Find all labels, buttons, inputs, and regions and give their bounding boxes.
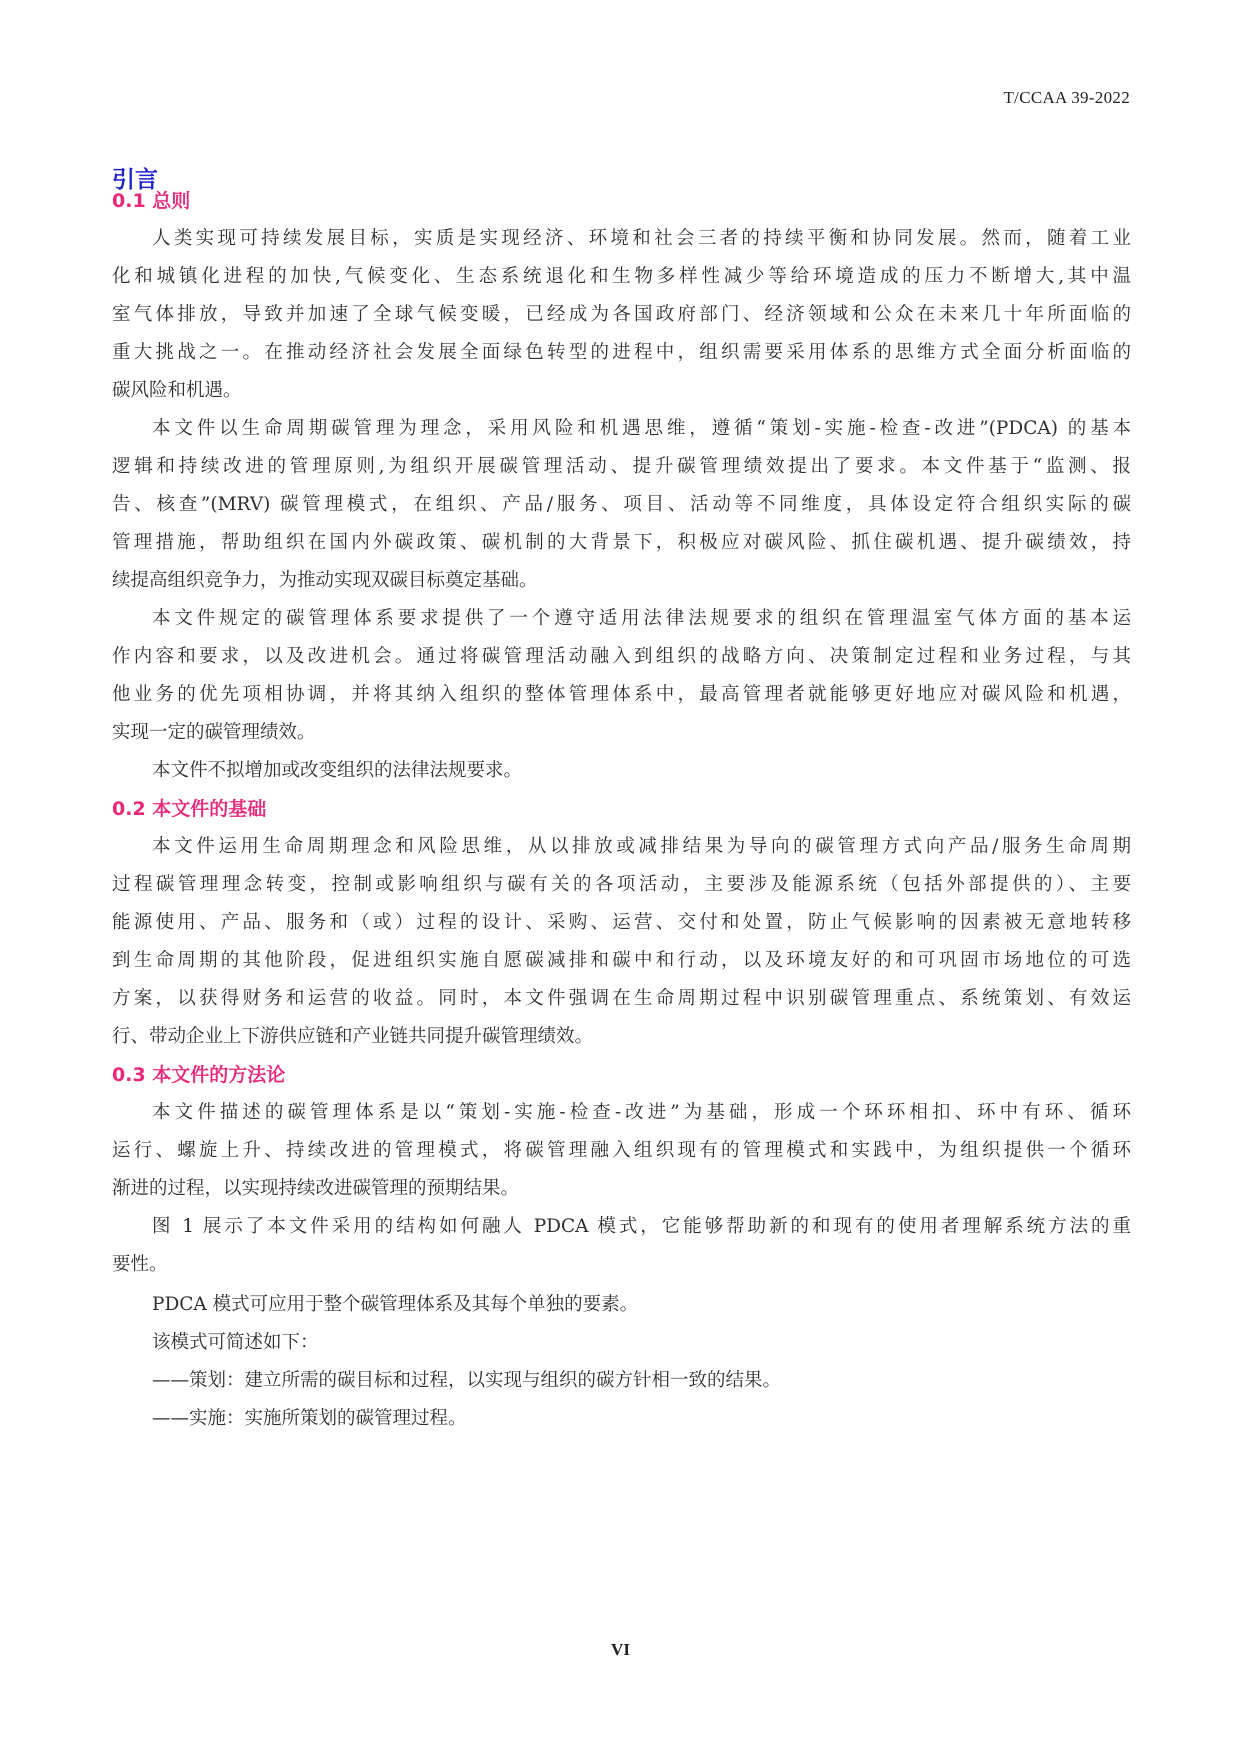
section-heading-0-1: 0.1 总则: [112, 188, 190, 214]
text-line: 作内容和要求，以及改进机会。通过将碳管理活动融入到组织的战略方向、决策制定过程和…: [112, 644, 1131, 670]
text-line: ——策划：建立所需的碳目标和过程，以实现与组织的碳方针相一致的结果。: [152, 1368, 1131, 1394]
page-number: VI: [0, 1640, 1241, 1660]
text-line: 要性。: [112, 1252, 1131, 1278]
text-line: 室气体排放，导致并加速了全球气候变暖，已经成为各国政府部门、经济领域和公众在未来…: [112, 302, 1131, 328]
section-heading-0-2: 0.2 本文件的基础: [112, 796, 266, 822]
text-line: 方案，以获得财务和运营的收益。同时，本文件强调在生命周期过程中识别碳管理重点、系…: [112, 986, 1131, 1012]
text-line: 实现一定的碳管理绩效。: [112, 720, 1131, 746]
text-line: ——实施：实施所策划的碳管理过程。: [152, 1406, 1131, 1432]
text-line: 人类实现可持续发展目标，实质是实现经济、环境和社会三者的持续平衡和协同发展。然而…: [152, 226, 1131, 252]
text-line: 到生命周期的其他阶段，促进组织实施自愿碳减排和碳中和行动，以及环境友好的和可巩固…: [112, 948, 1131, 974]
text-line: 本文件不拟增加或改变组织的法律法规要求。: [152, 758, 1131, 784]
document-page: T/CCAA 39-2022 引言 0.1 总则 人类实现可持续发展目标，实质是…: [0, 0, 1241, 1755]
text-line: 本文件规定的碳管理体系要求提供了一个遵守适用法律法规要求的组织在管理温室气体方面…: [152, 606, 1131, 632]
text-line: 化和城镇化进程的加快,气候变化、生态系统退化和生物多样性减少等给环境造成的压力不…: [112, 264, 1131, 290]
text-line: 碳风险和机遇。: [112, 378, 1131, 404]
text-line: 能源使用、产品、服务和（或）过程的设计、采购、运营、交付和处置，防止气候影响的因…: [112, 910, 1131, 936]
text-line: 本文件以生命周期碳管理为理念，采用风险和机遇思维，遵循“策划-实施-检查-改进”…: [152, 416, 1131, 442]
text-line: 重大挑战之一。在推动经济社会发展全面绿色转型的进程中，组织需要采用体系的思维方式…: [112, 340, 1131, 366]
text-line: 本文件运用生命周期理念和风险思维，从以排放或减排结果为导向的碳管理方式向产品/服…: [152, 834, 1131, 860]
text-line: 图 1 展示了本文件采用的结构如何融人 PDCA 模式，它能够帮助新的和现有的使…: [152, 1214, 1131, 1240]
text-line: 管理措施，帮助组织在国内外碳政策、碳机制的大背景下，积极应对碳风险、抓住碳机遇、…: [112, 530, 1131, 556]
text-line: 行、带动企业上下游供应链和产业链共同提升碳管理绩效。: [112, 1024, 1131, 1050]
text-line: 过程碳管理理念转变，控制或影响组织与碳有关的各项活动，主要涉及能源系统（包括外部…: [112, 872, 1131, 898]
text-line: 他业务的优先项相协调，并将其纳入组织的整体管理体系中，最高管理者就能够更好地应对…: [112, 682, 1131, 708]
text-line: 运行、螺旋上升、持续改进的管理模式，将碳管理融入组织现有的管理模式和实践中，为组…: [112, 1138, 1131, 1164]
text-line: 续提高组织竞争力，为推动实现双碳目标奠定基础。: [112, 568, 1131, 594]
text-line: 逻辑和持续改进的管理原则,为组织开展碳管理活动、提升碳管理绩效提出了要求。本文件…: [112, 454, 1131, 480]
text-line: 告、核查”(MRV) 碳管理模式，在组织、产品/服务、项目、活动等不同维度，具体…: [112, 492, 1131, 518]
document-code: T/CCAA 39-2022: [1003, 88, 1130, 108]
text-line: 本文件描述的碳管理体系是以“策划-实施-检查-改进”为基础，形成一个环环相扣、环…: [152, 1100, 1131, 1126]
text-line: 渐进的过程，以实现持续改进碳管理的预期结果。: [112, 1176, 1131, 1202]
section-heading-0-3: 0.3 本文件的方法论: [112, 1062, 285, 1088]
text-line: 该模式可简述如下：: [152, 1330, 1131, 1356]
text-line: PDCA 模式可应用于整个碳管理体系及其每个单独的要素。: [152, 1292, 1131, 1318]
